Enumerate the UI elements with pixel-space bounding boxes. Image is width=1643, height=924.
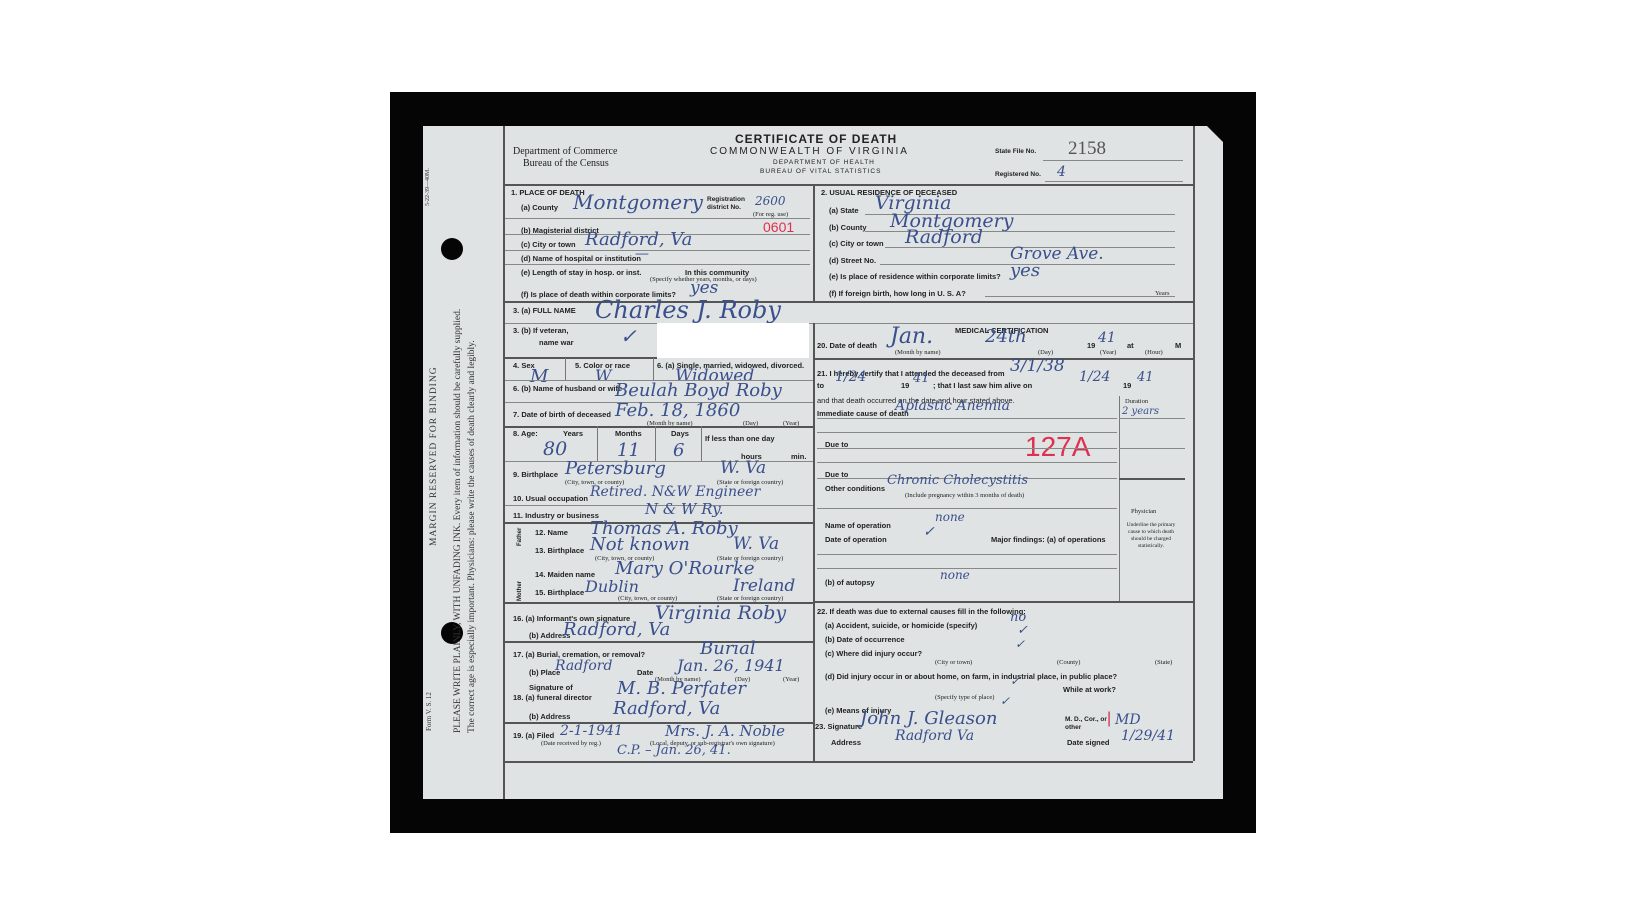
- certificate-title: CERTIFICATE OF DEATH: [735, 132, 897, 146]
- director-label: 18. (a) funeral director: [513, 693, 592, 702]
- res-corporate-field[interactable]: yes: [1010, 260, 1040, 281]
- registrar-field[interactable]: Mrs. J. A. Noble: [665, 722, 785, 740]
- director-field[interactable]: M. B. Perfater: [617, 678, 746, 699]
- md-label: M. D., Cor., or other: [1065, 716, 1111, 732]
- hospital-field[interactable]: —: [635, 246, 649, 262]
- home-field[interactable]: ✓: [1010, 674, 1020, 688]
- birthplace-city-field[interactable]: Petersburg: [565, 458, 666, 479]
- reg-district-field[interactable]: 2600: [755, 194, 786, 208]
- reg-district-label: Registration district No.: [707, 196, 747, 212]
- state-file-number: 2158: [1068, 138, 1106, 160]
- year-note: (Year): [1100, 349, 1116, 356]
- age-days-field[interactable]: 6: [673, 440, 684, 461]
- filed-label: 19. (a) Filed: [513, 731, 554, 740]
- burial-date-label: Date: [637, 668, 653, 677]
- director-address-field[interactable]: Radford, Va: [613, 698, 720, 719]
- days-col-label: Days: [671, 429, 689, 438]
- age-years-field[interactable]: 80: [543, 438, 567, 460]
- pregnancy-note: (Include pregnancy within 3 months of de…: [905, 492, 1024, 499]
- dob-field[interactable]: Feb. 18, 1860: [615, 400, 740, 421]
- industry-field[interactable]: N & W Ry.: [645, 500, 723, 518]
- physician-address-label: Address: [831, 738, 861, 747]
- date-signed-label: Date signed: [1067, 738, 1110, 747]
- to-label: to: [817, 381, 824, 390]
- full-name-label: 3. (a) FULL NAME: [513, 306, 576, 315]
- burial-year-note: (Year): [783, 676, 799, 683]
- specify-place-note: (Specify type of place): [935, 694, 994, 701]
- father-birthplace-label: 13. Birthplace: [535, 546, 584, 555]
- res-city-field[interactable]: Radford: [905, 226, 983, 248]
- foreign-label: (f) If foreign birth, how long in U. S. …: [829, 289, 966, 298]
- last-saw-field[interactable]: 1/24: [1079, 369, 1110, 385]
- hospital-label: (d) Name of hospital or institution: [521, 254, 641, 263]
- red-district-code: 0601: [763, 219, 794, 235]
- date-signed-field[interactable]: 1/29/41: [1121, 728, 1175, 744]
- res-corporate-label: (e) Is place of residence within corpora…: [829, 272, 1001, 281]
- age-label: 8. Age:: [513, 429, 538, 438]
- operation-date-field[interactable]: ✓: [923, 524, 935, 540]
- other-conditions-label: Other conditions: [825, 484, 885, 493]
- findings-label: Major findings: (a) of operations: [991, 535, 1106, 544]
- occupation-field[interactable]: Retired. N&W Engineer: [590, 484, 760, 500]
- autopsy-label: (b) of autopsy: [825, 578, 875, 587]
- form-number: Form V. S. 12: [425, 692, 433, 731]
- last-saw-label: ; that I last saw him alive on: [933, 381, 1032, 390]
- director-sig-label: Signature of: [529, 683, 573, 692]
- attended-to-field[interactable]: 1/24: [835, 369, 866, 385]
- years-col-label: Years: [563, 429, 583, 438]
- war-label: name war: [539, 338, 574, 347]
- physician-note: Underline the primary cause to which dea…: [1123, 522, 1179, 550]
- means-field[interactable]: ✓: [1000, 694, 1010, 708]
- punch-hole-icon: [441, 238, 463, 260]
- date-death-month-field[interactable]: Jan.: [890, 324, 933, 349]
- date-death-day-field[interactable]: 24th: [985, 326, 1027, 347]
- registered-label: Registered No.: [995, 171, 1041, 178]
- res-street-label: (d) Street No.: [829, 256, 876, 265]
- where-field[interactable]: ✓: [1015, 637, 1025, 651]
- death-certificate: Form V. S. 12 5-22-39—40M. MARGIN RESERV…: [423, 126, 1223, 799]
- mother-tag: Mother: [517, 581, 523, 601]
- cp-note: C.P. – Jan. 26, 41.: [617, 743, 731, 758]
- res-state-label: (a) State: [829, 206, 859, 215]
- burial-place-field[interactable]: Radford: [555, 658, 612, 674]
- red-cause-code: 127A: [1025, 431, 1090, 463]
- to-year-prefix: 19: [901, 381, 909, 390]
- autopsy-field[interactable]: none: [940, 568, 970, 582]
- operation-date-label: Date of operation: [825, 535, 887, 544]
- operation-label: Name of operation: [825, 521, 891, 530]
- dept-commerce: Department of Commerce: [513, 146, 617, 157]
- full-name-field[interactable]: Charles J. Roby: [595, 296, 781, 324]
- attended-to-year-field[interactable]: 41: [913, 371, 930, 386]
- where-city-note: (City or town): [935, 659, 972, 666]
- occurrence-label: (b) Date of occurrence: [825, 635, 905, 644]
- physician-address-field[interactable]: Radford Va: [895, 728, 974, 744]
- department-health: DEPARTMENT OF HEALTH: [773, 159, 875, 166]
- instructions-line-2: The correct age is especially important.…: [467, 340, 477, 733]
- date-death-label: 20. Date of death: [817, 341, 877, 350]
- form-body: Department of Commerce Bureau of the Cen…: [505, 126, 1223, 799]
- stay-label: (e) Length of stay in hosp. or inst.: [521, 268, 641, 277]
- received-note: (Date received by reg.): [541, 740, 601, 747]
- day-note: (Day): [1038, 349, 1053, 356]
- city-label: (c) City or town: [521, 240, 576, 249]
- war-field[interactable]: ✓: [620, 324, 637, 348]
- informant-field[interactable]: Virginia Roby: [655, 602, 786, 624]
- work-label: While at work?: [1063, 685, 1116, 694]
- death-county-field[interactable]: Montgomery: [573, 190, 703, 214]
- less-day-label: If less than one day: [705, 434, 775, 443]
- where-county-note: (County): [1057, 659, 1080, 666]
- birthplace-state-field[interactable]: W. Va: [720, 458, 766, 478]
- months-col-label: Months: [615, 429, 642, 438]
- signature-label: 23. Signature: [815, 722, 862, 731]
- filed-field[interactable]: 2-1-1941: [560, 723, 623, 739]
- last-year-prefix: 19: [1123, 381, 1131, 390]
- father-birthplace-city-field[interactable]: Not known: [590, 534, 690, 555]
- bureau-vital-statistics: BUREAU OF VITAL STATISTICS: [760, 168, 881, 175]
- director-address-label: (b) Address: [529, 712, 570, 721]
- spouse-field[interactable]: Beulah Boyd Roby: [615, 380, 782, 401]
- operation-field[interactable]: none: [935, 510, 965, 524]
- instructions-line-1: PLEASE WRITE PLAINLY, WITH UNFADING INK.…: [453, 309, 463, 733]
- immediate-cause-field[interactable]: Aplastic Anemia: [895, 398, 1010, 414]
- md-field[interactable]: MD: [1115, 712, 1141, 728]
- m-label: M: [1175, 341, 1181, 350]
- physician-signature-field[interactable]: John J. Gleason: [860, 708, 997, 729]
- physician-note-title: Physician: [1131, 508, 1156, 515]
- res-county-label: (b) County: [829, 223, 867, 232]
- duration-label: Duration: [1125, 398, 1148, 405]
- accident-label: (a) Accident, suicide, or homicide (spec…: [825, 621, 977, 630]
- father-tag: Father: [517, 528, 523, 546]
- other-conditions-field[interactable]: Chronic Cholecystitis: [887, 473, 1028, 488]
- occupation-label: 10. Usual occupation: [513, 494, 588, 503]
- year-prefix: 19: [1087, 341, 1095, 350]
- dob-label: 7. Date of birth of deceased: [513, 410, 611, 419]
- print-code: 5-22-39—40M.: [425, 168, 431, 206]
- bureau-census: Bureau of the Census: [523, 158, 609, 169]
- mother-birthplace-label: 15. Birthplace: [535, 588, 584, 597]
- date-death-year-field[interactable]: 41: [1098, 330, 1116, 346]
- commonwealth-title: COMMONWEALTH OF VIRGINIA: [710, 146, 909, 157]
- month-note: (Month by name): [895, 349, 941, 356]
- father-birthplace-state-field[interactable]: W. Va: [733, 534, 779, 554]
- veteran-label: 3. (b) If veteran,: [513, 326, 568, 335]
- hour-note: (Hour): [1145, 349, 1163, 356]
- spouse-label: 6. (b) Name of husband or wife: [513, 384, 622, 393]
- mother-city-note: (City, town, or county): [618, 595, 677, 602]
- at-label: at: [1127, 341, 1134, 350]
- res-city-label: (c) City or town: [829, 239, 884, 248]
- home-label: (d) Did injury occur in or about home, o…: [825, 672, 1117, 681]
- father-name-label: 12. Name: [535, 528, 568, 537]
- mother-state-note: (State or foreign country): [717, 595, 783, 602]
- duration-field[interactable]: 2 years: [1122, 406, 1159, 417]
- last-saw-year-field[interactable]: 41: [1137, 370, 1154, 385]
- attended-from-field[interactable]: 3/1/38: [1010, 356, 1065, 376]
- where-state-note: (State): [1155, 659, 1172, 666]
- birthplace-label: 9. Birthplace: [513, 470, 558, 479]
- county-label: (a) County: [521, 203, 558, 212]
- binding-note: MARGIN RESERVED FOR BINDING: [429, 366, 439, 546]
- redacted-area: [657, 323, 809, 358]
- where-label: (c) Where did injury occur?: [825, 649, 922, 658]
- registered-number: 4: [1057, 164, 1066, 180]
- min-label: min.: [791, 452, 806, 461]
- burial-date-field[interactable]: Jan. 26, 1941: [677, 656, 785, 675]
- mother-birthplace-city-field[interactable]: Dublin: [585, 577, 639, 596]
- death-corporate-field[interactable]: yes: [690, 278, 718, 298]
- binding-margin: Form V. S. 12 5-22-39—40M. MARGIN RESERV…: [423, 126, 505, 799]
- color-field[interactable]: W: [595, 366, 611, 385]
- occurrence-field[interactable]: ✓: [1017, 623, 1028, 638]
- industry-label: 11. Industry or business: [513, 511, 599, 520]
- mother-birthplace-state-field[interactable]: Ireland: [733, 576, 795, 596]
- external-causes-heading: 22. If death was due to external causes …: [817, 607, 1026, 616]
- state-file-label: State File No.: [995, 148, 1036, 155]
- reg-use-note: (For reg. use): [753, 211, 788, 218]
- informant-address-field[interactable]: Radford, Va: [563, 619, 670, 640]
